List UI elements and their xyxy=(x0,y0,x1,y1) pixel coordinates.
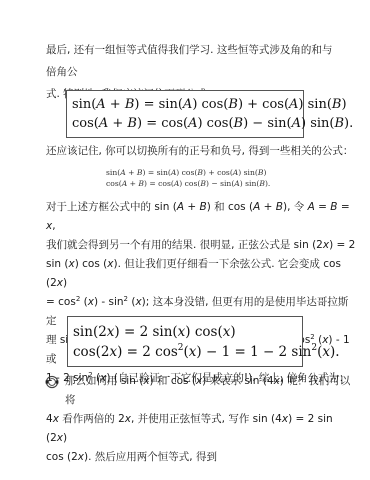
sin-double-formula: sin(2x) = 2 sin(x) cos(x) xyxy=(73,322,297,342)
related-formulas: sin(A + B) = sin(A) cos(B) + cos(A) sin(… xyxy=(106,167,270,189)
related-sin-formula: sin(A + B) = sin(A) cos(B) + cos(A) sin(… xyxy=(106,167,270,178)
cos-double-formula: cos(2x) = 2 cos2(x) − 1 = 1 − 2 sin2(x). xyxy=(73,342,297,362)
cos-sum-formula: cos(A + B) = cos(A) cos(B) − sin(A) sin(… xyxy=(72,114,298,133)
explanation-line-1: 对于上述方框公式中的 sin (A + B) 和 cos (A + B), 令 … xyxy=(46,198,356,236)
explanation-line-3: sin (x) cos (x). 但让我们更仔细看一下余弦公式. 它会变成 co… xyxy=(46,255,356,293)
switch-signs-paragraph: 还应该记住, 你可以切换所有的正号和负号, 得到一些相关的公式： xyxy=(46,142,356,161)
sin-sum-formula: sin(A + B) = sin(A) cos(B) + cos(A) sin(… xyxy=(72,95,298,114)
intro-line-1: 最后, 还有一组恒等式值得我们学习. 这些恒等式涉及角的和与倍角公 xyxy=(46,39,336,83)
double-angle-formula-box: sin(2x) = 2 sin(x) cos(x) cos(2x) = 2 co… xyxy=(67,316,303,367)
question-line-1: 那么如何用 sin (x) 和 cos (x) 来表示 sin (4x) 呢？我… xyxy=(46,372,356,410)
related-cos-formula: cos(A + B) = cos(A) cos(B) − sin(A) sin(… xyxy=(106,178,270,189)
switch-signs-text: 还应该记住, 你可以切换所有的正号和负号, 得到一些相关的公式： xyxy=(46,142,356,161)
question-line-3: cos (2x). 然后应用两个恒等式, 得到 xyxy=(46,448,356,467)
question-paragraph: 那么如何用 sin (x) 和 cos (x) 来表示 sin (4x) 呢？我… xyxy=(46,372,356,467)
sum-formula-box: sin(A + B) = sin(A) cos(B) + cos(A) sin(… xyxy=(66,90,304,138)
question-line-2: 4x 看作两倍的 2x, 并使用正弦恒等式, 写作 sin (4x) = 2 s… xyxy=(46,410,356,448)
explanation-line-2: 我们就会得到另一个有用的结果. 很明显, 正弦公式是 sin (2x) = 2 xyxy=(46,236,356,255)
